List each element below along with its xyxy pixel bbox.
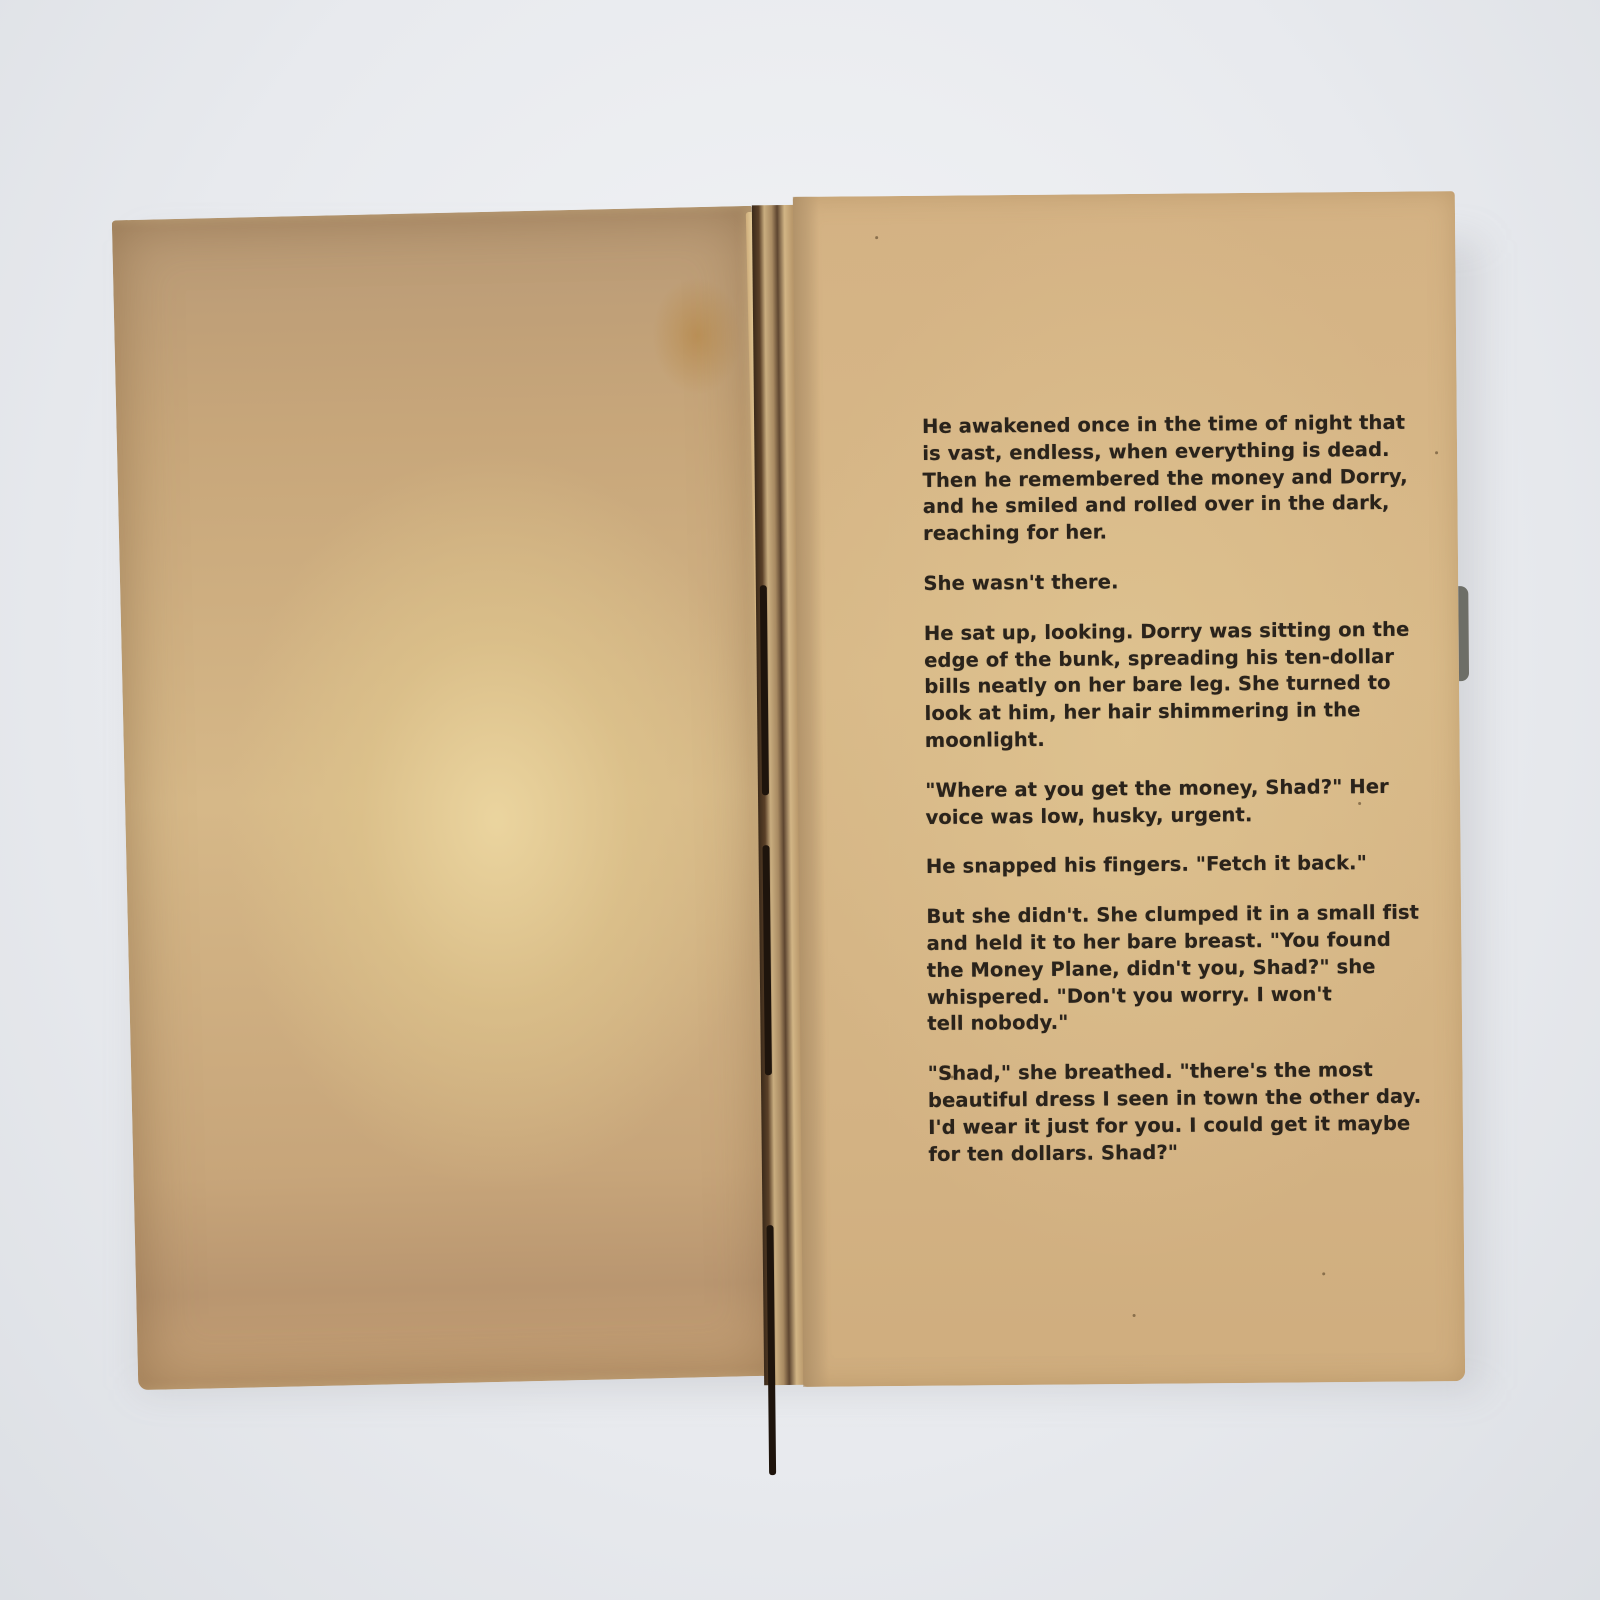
text-line: look at him, her hair shimmering in the: [925, 697, 1395, 728]
page-edge-shadow: [1458, 586, 1469, 681]
text-line: I'd wear it just for you. I could get it…: [928, 1111, 1398, 1142]
paper-specks: [793, 191, 1455, 197]
text-line: beautiful dress I seen in town the other…: [928, 1084, 1398, 1115]
text-line: and held it to her bare breast. "You fou…: [927, 927, 1397, 958]
left-page-blank: [112, 206, 778, 1390]
text-line: tell nobody.": [927, 1007, 1397, 1038]
spine-crack: [760, 585, 769, 795]
text-line: for ten dollars. Shad?": [928, 1137, 1398, 1168]
text-line: But she didn't. She clumped it in a smal…: [926, 900, 1396, 931]
text-line: is vast, endless, when everything is dea…: [922, 437, 1392, 468]
text-line: edge of the bunk, spreading his ten-doll…: [924, 643, 1394, 674]
text-line: whispered. "Don't you worry. I won't: [927, 980, 1397, 1011]
photo-scene: He awakened once in the time of night th…: [0, 0, 1600, 1600]
text-line: "Shad," she breathed. "there's the most: [928, 1057, 1398, 1088]
paragraph: "Where at you get the money, Shad?" Her …: [925, 774, 1395, 832]
paragraph: He snapped his fingers. "Fetch it back.": [926, 850, 1396, 881]
text-line: He awakened once in the time of night th…: [922, 410, 1392, 441]
paragraph: But she didn't. She clumped it in a smal…: [926, 900, 1397, 1038]
text-line: reaching for her.: [923, 517, 1393, 548]
text-line: the Money Plane, didn't you, Shad?" she: [927, 954, 1397, 985]
text-line: "Where at you get the money, Shad?" Her: [925, 774, 1395, 805]
text-line: He snapped his fingers. "Fetch it back.": [926, 850, 1396, 881]
text-line: and he smiled and rolled over in the dar…: [923, 490, 1393, 521]
text-line: Then he remembered the money and Dorry,: [922, 463, 1392, 494]
paragraph: He sat up, looking. Dorry was sitting on…: [924, 617, 1395, 755]
spine-crack: [763, 845, 772, 1075]
text-line: bills neatly on her bare leg. She turned…: [924, 670, 1394, 701]
text-line: She wasn't there.: [923, 567, 1393, 598]
text-line: voice was low, husky, urgent.: [925, 800, 1395, 831]
spine-crack: [767, 1225, 777, 1475]
text-line: moonlight.: [925, 724, 1395, 755]
paragraph: She wasn't there.: [923, 567, 1393, 598]
text-line: He sat up, looking. Dorry was sitting on…: [924, 617, 1394, 648]
page-text: He awakened once in the time of night th…: [922, 410, 1399, 1191]
paragraph: He awakened once in the time of night th…: [922, 410, 1393, 548]
paragraph: "Shad," she breathed. "there's the most …: [928, 1057, 1399, 1168]
